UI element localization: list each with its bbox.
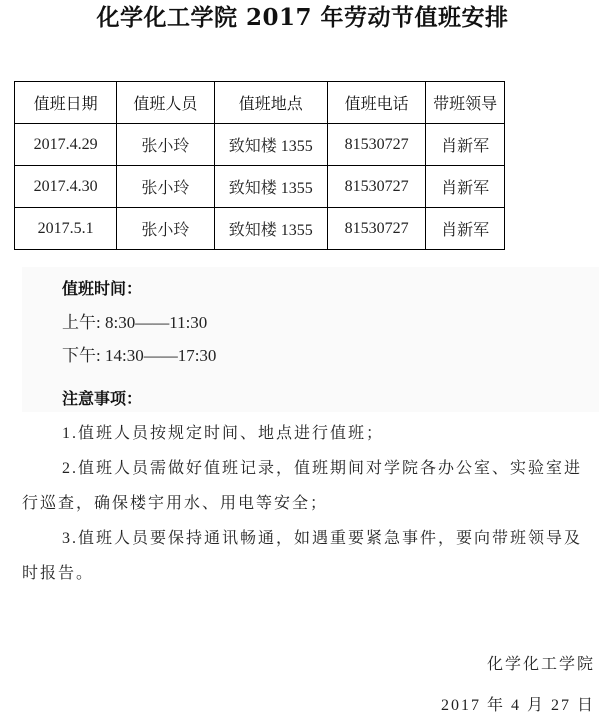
cell-person: 张小玲 (117, 208, 214, 250)
duty-time-afternoon: 下午: 14:30——17:30 (62, 346, 216, 366)
notes-heading: 注意事项： (62, 389, 142, 409)
cell-phone: 81530727 (327, 166, 425, 208)
cell-person: 张小玲 (117, 124, 214, 166)
note-item-1: 1.值班人员按规定时间、地点进行值班； (22, 416, 597, 451)
duty-time-heading: 值班时间： (62, 279, 142, 299)
cell-location: 致知楼 1355 (214, 124, 327, 166)
note-item-3: 3.值班人员要保持通讯畅通，如遇重要紧急事件，要向带班领导及时报告。 (22, 521, 597, 591)
header-person: 值班人员 (117, 82, 214, 124)
table-row: 2017.4.30 张小玲 致知楼 1355 81530727 肖新军 (15, 166, 505, 208)
duty-time-morning: 上午: 8:30——11:30 (62, 313, 207, 333)
cell-date: 2017.4.29 (15, 124, 117, 166)
cell-location: 致知楼 1355 (214, 166, 327, 208)
signature-date: 2017 年 4 月 27 日 (441, 692, 595, 715)
header-leader: 带班领导 (426, 82, 505, 124)
duty-schedule-table: 值班日期 值班人员 值班地点 值班电话 带班领导 2017.4.29 张小玲 致… (14, 81, 505, 250)
cell-person: 张小玲 (117, 166, 214, 208)
table-row: 2017.4.29 张小玲 致知楼 1355 81530727 肖新军 (15, 124, 505, 166)
cell-date: 2017.5.1 (15, 208, 117, 250)
cell-phone: 81530727 (327, 208, 425, 250)
table-header-row: 值班日期 值班人员 值班地点 值班电话 带班领导 (15, 82, 505, 124)
header-phone: 值班电话 (327, 82, 425, 124)
cell-leader: 肖新军 (426, 166, 505, 208)
cell-leader: 肖新军 (426, 208, 505, 250)
cell-leader: 肖新军 (426, 124, 505, 166)
header-date: 值班日期 (15, 82, 117, 124)
cell-date: 2017.4.30 (15, 166, 117, 208)
cell-location: 致知楼 1355 (214, 208, 327, 250)
signature-org: 化学化工学院 (487, 651, 595, 674)
cell-phone: 81530727 (327, 124, 425, 166)
page-title: 化学化工学院 2017 年劳动节值班安排 (0, 4, 605, 32)
table-row: 2017.5.1 张小玲 致知楼 1355 81530727 肖新军 (15, 208, 505, 250)
header-location: 值班地点 (214, 82, 327, 124)
note-item-2: 2.值班人员需做好值班记录，值班期间对学院各办公室、实验室进行巡查，确保楼宇用水… (22, 451, 597, 521)
